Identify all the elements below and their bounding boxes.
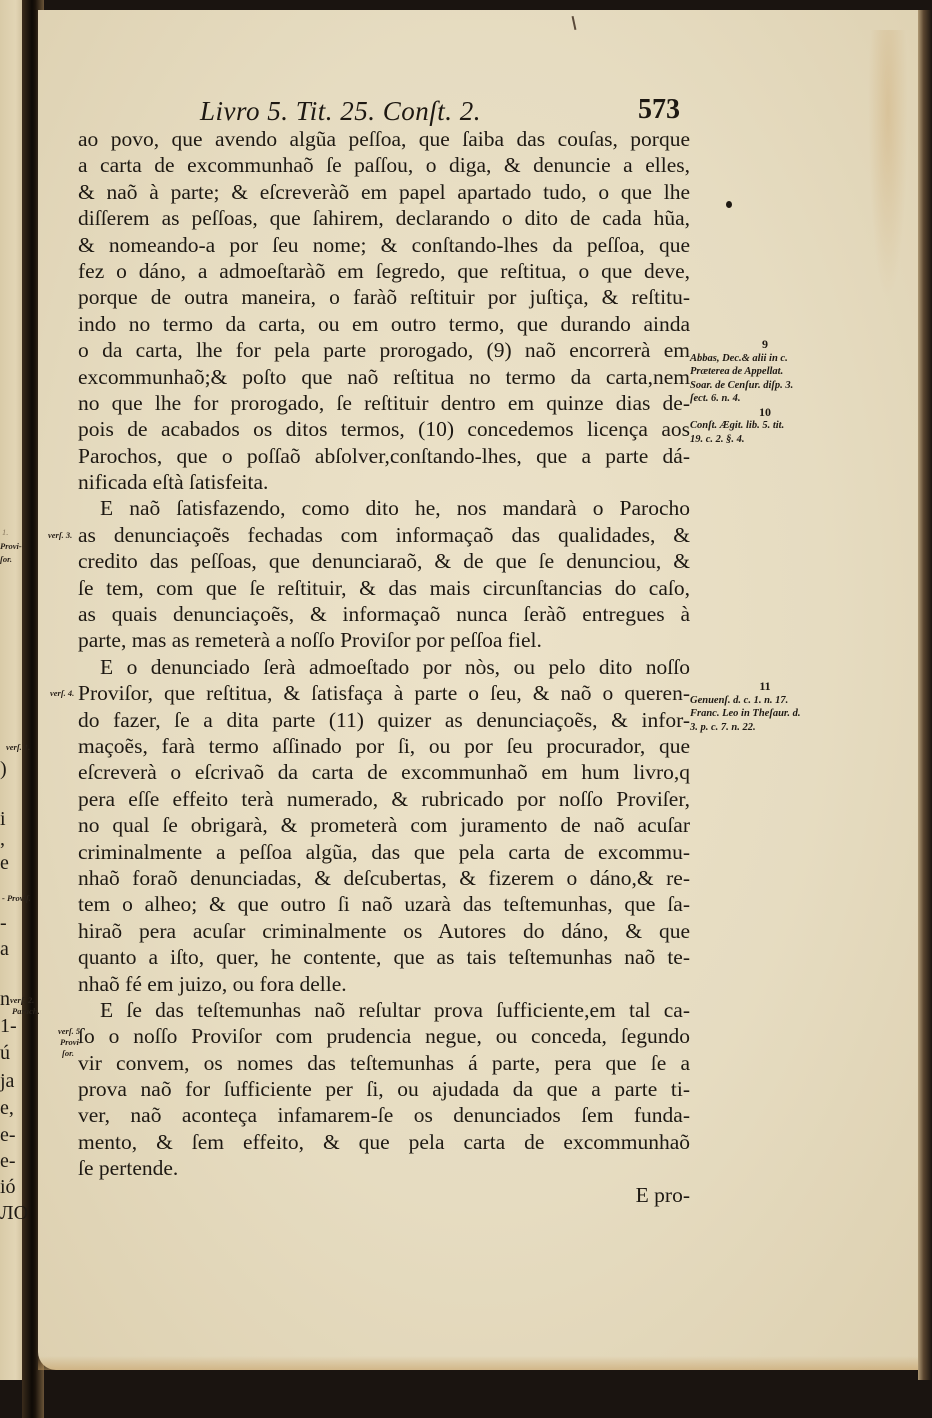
text-line: parte, mas as remeterà a noſſo Proviſor … [78,627,690,653]
text-line: ao povo, que avendo algũa peſſoa, que ſa… [78,126,690,152]
margin-note-provisor: ſor. [62,1048,74,1058]
water-stain [868,30,908,300]
side-note-ref: Præterea de Appellat. [690,365,840,379]
facing-margin-note: 1. [2,527,8,537]
margin-note-vers4: verſ. 4. [50,688,74,698]
text-line: tem o alheo; & que outro ſi naõ uzarà da… [78,891,690,917]
text-line: no qual ſe obrigarà, & prometerà com jur… [78,812,690,838]
facing-text-fragment: - [0,912,7,935]
text-line: do fazer, ſe a dita parte (11) quizer as… [78,707,690,733]
text-line: quanto a iſto, quer, he contente, que as… [78,944,690,970]
text-line: porque de outra maneira, o faràõ reſtitu… [78,284,690,310]
catchword: E pro- [78,1182,690,1208]
side-note-number: 11 [690,680,840,694]
text-line: vir convem, os nomes das teſtemunhas á p… [78,1050,690,1076]
side-note-11: 11 Genuenſ. d. c. 1. n. 17. Franc. Leo i… [690,680,840,734]
facing-text-fragment: e- [0,1150,16,1173]
text-line: as denunciaçoẽs fechadas com informaçaõ … [78,522,690,548]
text-line: Proviſor, que reſtitua, & ſatisfaça à pa… [78,680,690,706]
facing-text-fragment: n [0,988,10,1011]
text-line: pera eſſe effeito terà numerado, & rubri… [78,786,690,812]
text-line: fez o dáno, a admoeſtaràõ em ſegredo, qu… [78,258,690,284]
facing-text-fragment: ió [0,1176,16,1199]
facing-text-fragment: e [0,852,9,875]
text-line: ver, naõ aconteça infamarem-ſe os denunc… [78,1102,690,1128]
text-line: as quais denunciaçoẽs, & informaçaõ nunc… [78,601,690,627]
side-note-10: 10 Conſt. Ægit. lib. 5. tit. 19. c. 2. §… [690,406,840,447]
facing-text-fragment: a [0,938,9,961]
side-note-ref: 3. p. c. 7. n. 22. [690,721,840,735]
side-note-ref: Franc. Leo in Theſaur. d. [690,707,840,721]
facing-text-fragment: , [0,828,5,851]
facing-margin-note: verſ. 1. [6,742,30,752]
facing-text-fragment: ú [0,1042,10,1065]
facing-text-fragment: ja [0,1070,14,1093]
side-note-ref: Conſt. Ægit. lib. 5. tit. [690,419,840,433]
text-line: E o denunciado ſerà admoeſtado por nòs, … [78,654,690,680]
text-line: E naõ ſatisfazendo, como dito he, nos ma… [78,495,690,521]
facing-text-fragment: ) [0,758,7,781]
margin-note-vers5: verſ. 5. [58,1026,82,1036]
text-line: ſo o noſſo Proviſor com prudencia negue,… [78,1023,690,1049]
text-line: credito das peſſoas, que denunciaraõ, & … [78,548,690,574]
facing-margin-note: - Proviſ. [2,893,31,903]
text-line: pois de acabados os ditos termos, (10) c… [78,416,690,442]
text-line: ſe tem, com que ſe reſtituir, & das mais… [78,575,690,601]
side-note-ref: Genuenſ. d. c. 1. n. 17. [690,694,840,708]
margin-note-vers3: verſ. 3. [48,530,72,540]
text-line: maçoẽs, farà termo aſſinado por ſi, ou p… [78,733,690,759]
text-line: & nomeando-a por ſeu nome; & conſtando-l… [78,232,690,258]
text-line: nhaõ foraõ denunciadas, & deſcubertas, &… [78,865,690,891]
side-note-ref: ſect. 6. n. 4. [690,392,840,406]
side-note-ref: Soar. de Cenſur. diſp. 3. [690,379,840,393]
text-line: hiraõ pera acuſar criminalmente os Autor… [78,918,690,944]
text-line: a carta de excommunhaõ ſe paſſou, o diga… [78,152,690,178]
body-text: ao povo, que avendo algũa peſſoa, que ſa… [78,126,690,1208]
page-right-edge [918,10,932,1380]
text-line: eſcreverà o eſcrivaõ da carta de excommu… [78,759,690,785]
facing-margin-note: ſor. [0,554,12,564]
side-note-ref: 19. c. 2. §. 4. [690,433,840,447]
text-line: E ſe das teſtemunhas naõ reſultar prova … [78,997,690,1023]
text-line: o da carta, lhe for pela parte prorogado… [78,337,690,363]
text-line: prova naõ for ſufficiente per ſi, ou aju… [78,1076,690,1102]
side-note-9: 9 Abbas, Dec.& alii in c. Præterea de Ap… [690,338,840,406]
side-note-ref: Abbas, Dec.& alii in c. [690,352,840,366]
ink-dot [726,201,732,208]
facing-text-fragment: ЛО [0,1202,28,1225]
facing-text-fragment: e, [0,1097,14,1120]
text-line: & naõ à parte; & eſcreveràõ em papel apa… [78,179,690,205]
facing-text-fragment: e- [0,1124,16,1147]
text-line: ſe pertende. [78,1155,690,1181]
text-line: Parochos, que o poſſaõ abſolver,conſtand… [78,443,690,469]
text-line: no que lhe for prorogado, ſe reſtituir d… [78,390,690,416]
margin-note-provisor: Provi- [60,1037,82,1047]
text-line: indo no termo da carta, ou em outro term… [78,311,690,337]
text-line: criminalmente a peſſoa algũa, das que pe… [78,839,690,865]
text-line: excommunhaõ;& poſto que naõ reſtitua no … [78,364,690,390]
text-line: diſſerem as peſſoas, que ſahirem, declar… [78,205,690,231]
text-line: nhaõ fé em juizo, ou fora delle. [78,971,690,997]
running-title: Livro 5. Tit. 25. Conſt. 2. [200,96,481,127]
side-note-number: 9 [690,338,840,352]
facing-text-fragment: 1- [0,1015,17,1038]
facing-margin-note: Provi- [0,541,22,551]
text-line: nificada eſtà ſatisfeita. [78,469,690,495]
facing-margin-note: verſ. 2. [10,995,34,1005]
side-note-number: 10 [690,406,840,420]
side-notes: 9 Abbas, Dec.& alii in c. Præterea de Ap… [690,338,840,734]
text-line: mento, & ſem effeito, & que pela carta d… [78,1129,690,1155]
page-number: 573 [638,94,680,126]
